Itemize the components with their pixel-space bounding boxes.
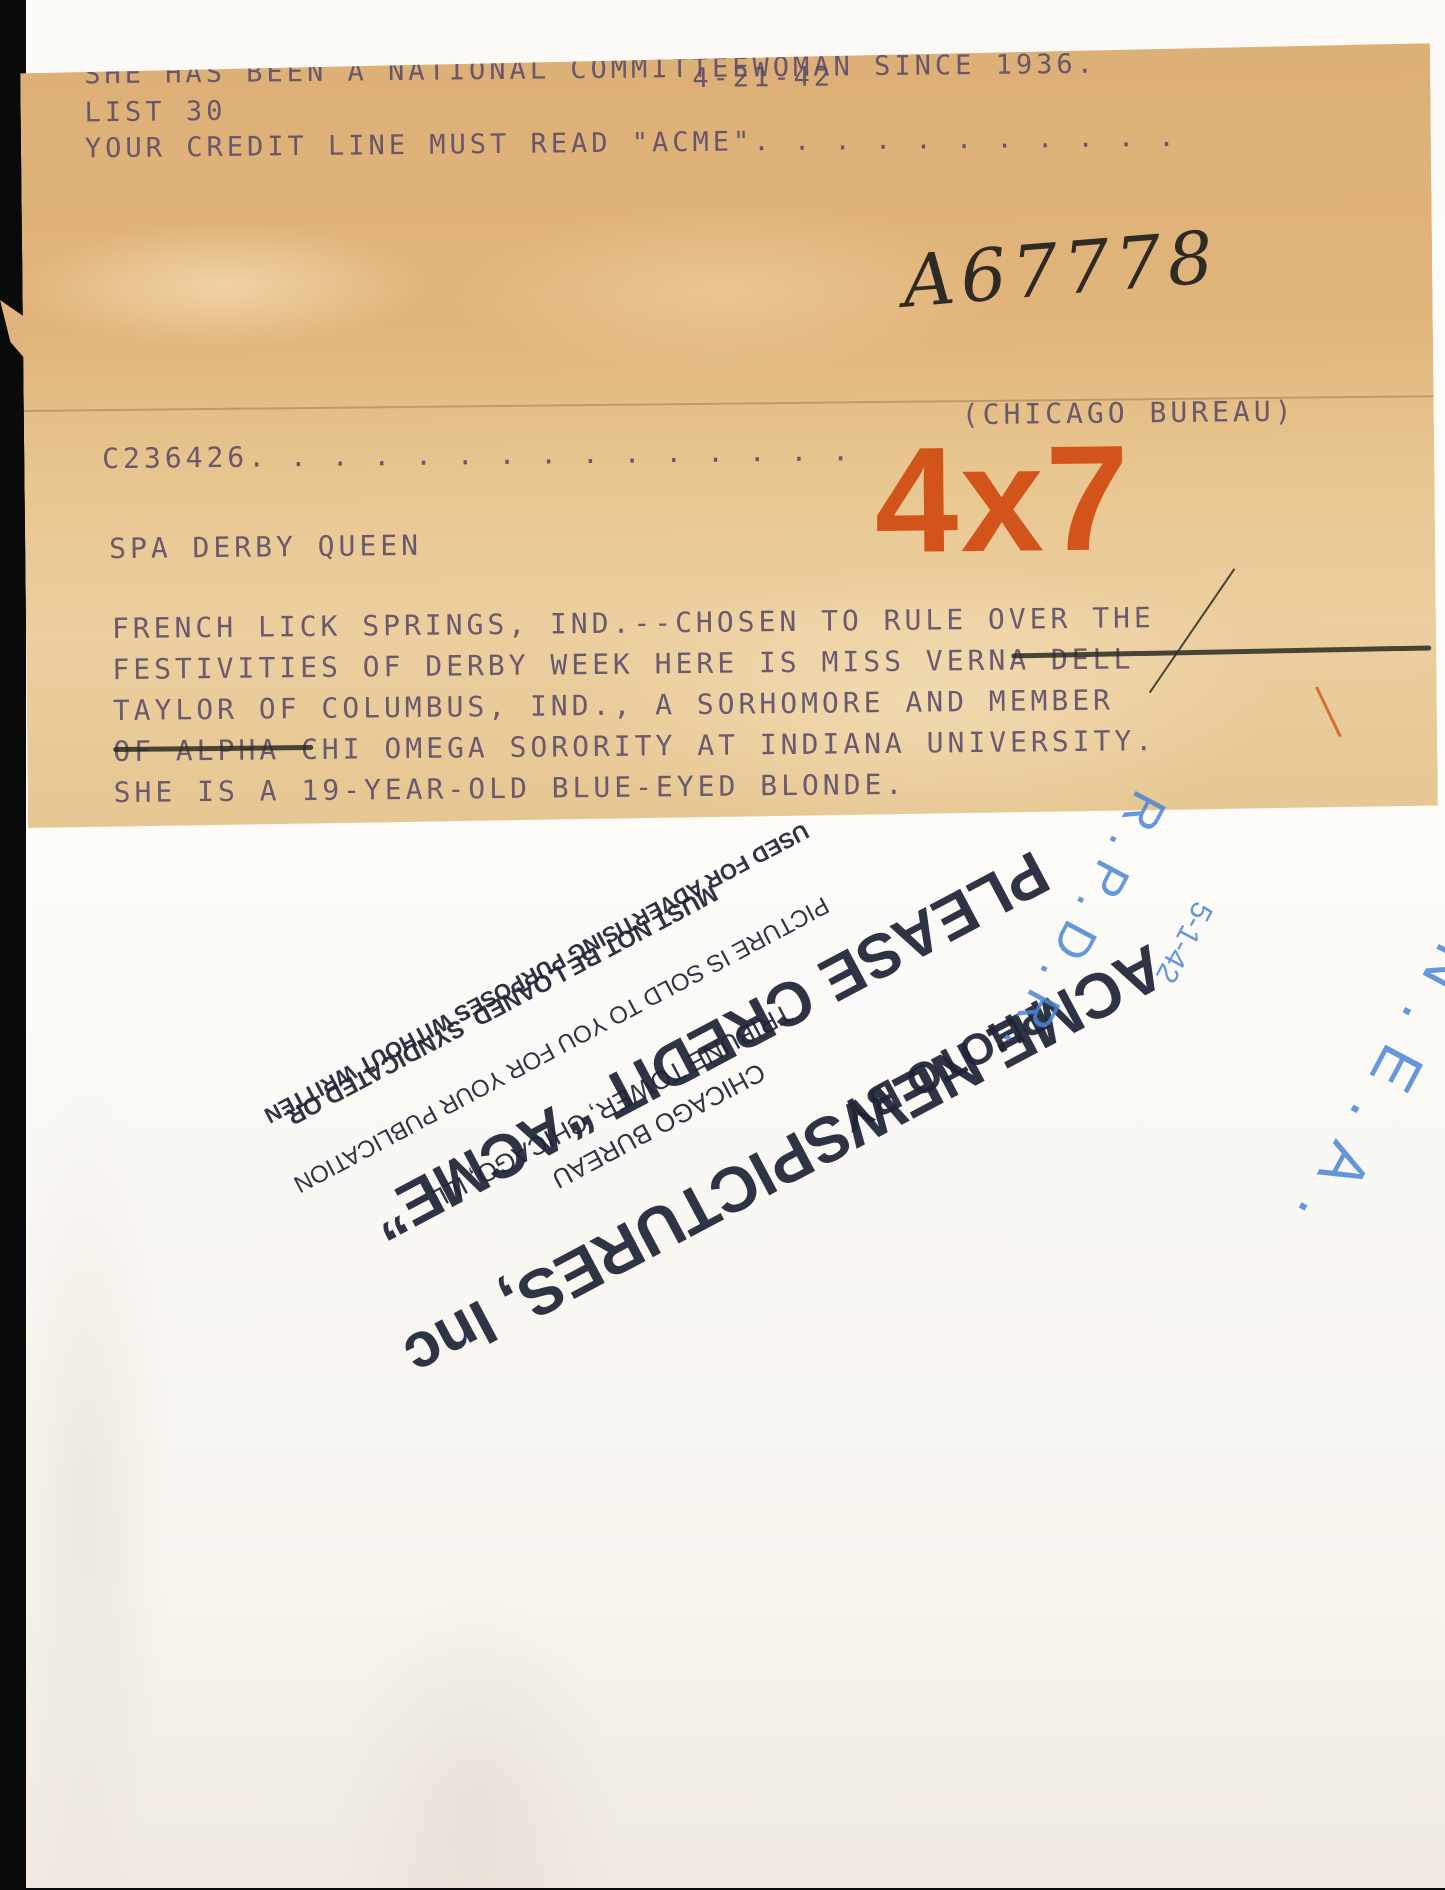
caption-date: 4-21-42	[692, 61, 834, 93]
caption-photo-id: C236426. . . . . . . . . . . . . . .	[102, 434, 853, 475]
caption-credit-line: YOUR CREDIT LINE MUST READ "ACME". . . .…	[85, 122, 1179, 164]
caption-slip: SHE HAS BEEN A NATIONAL COMMITTEEWOMAN S…	[20, 43, 1438, 828]
grease-pencil-tick	[1315, 686, 1341, 737]
pen-slash-mark	[1149, 568, 1235, 693]
caption-body-line-2: FESTIVITIES OF DERBY WEEK HERE IS MISS V…	[112, 642, 1134, 686]
caption-body-line-1: FRENCH LICK SPRINGS, IND.--CHOSEN TO RUL…	[112, 601, 1155, 645]
caption-list-number: LIST 30	[84, 96, 226, 128]
handwritten-archive-number: A67778	[899, 215, 1222, 324]
caption-headline: SPA DERBY QUEEN	[109, 529, 422, 565]
handwritten-size-note: 4x7	[874, 411, 1132, 587]
caption-body-line-3: TAYLOR OF COLUMBUS, IND., A SORHOMORE AN…	[113, 684, 1114, 727]
caption-body-line-5: SHE IS A 19-YEAR-OLD BLUE-EYED BLONDE.	[114, 768, 907, 809]
slip-torn-edge	[0, 300, 26, 360]
